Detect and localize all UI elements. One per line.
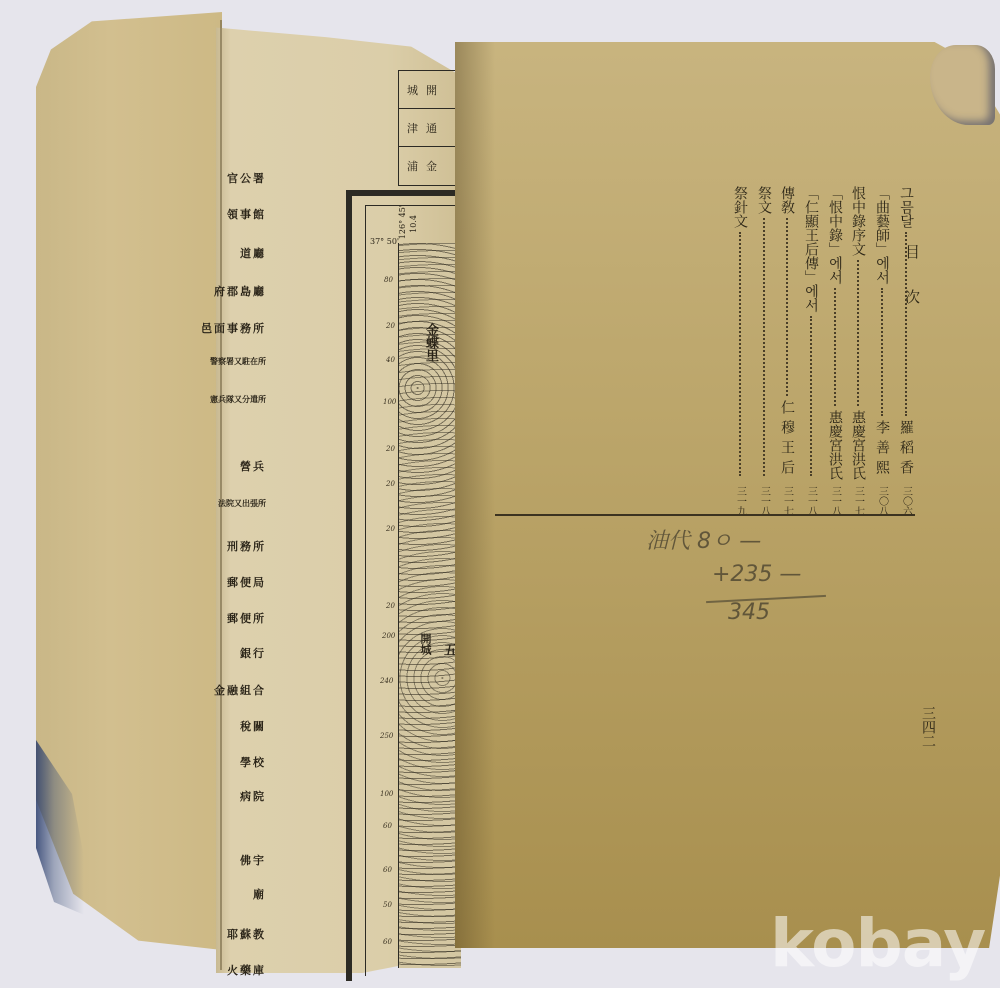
gutter-shadow (455, 42, 495, 948)
route-cell: 城 (407, 82, 418, 98)
toc-entry-author: 仁穆王后 (777, 400, 797, 480)
toc-entry-author: 李善熙 (872, 420, 892, 480)
elevation-label: 50 (383, 901, 392, 909)
leader-dots (881, 288, 883, 416)
page-number: 三四二 (918, 706, 938, 748)
legend-item: 官公署 (227, 170, 266, 186)
toc-entry-title: 「曲藝師」에서 (872, 186, 892, 284)
route-cell: 開 (426, 82, 437, 98)
legend-item: 刑務所 (227, 538, 266, 554)
toc-entry-author: 羅稻香 (896, 420, 916, 480)
toc-entry: 祭針文 三一九 (731, 186, 749, 516)
legend-item: 領事館 (227, 206, 266, 222)
leader-dots (810, 316, 812, 476)
legend-item: 邑面事務所 (201, 320, 266, 336)
map-legend: 官公署 領事館 道廳 府郡島廳 邑面事務所 警察署又駐在所 憲兵隊又分遣所 營兵… (218, 170, 266, 988)
toc-entry-page: 三一八 (804, 486, 819, 516)
toc-entry: 그믐달 羅稻香 三〇六 (897, 186, 915, 516)
pencil-note-line3: 345 (728, 600, 770, 625)
elevation-label: 60 (383, 938, 392, 946)
toc-entry: 「仁顯王后傳」에서 三一八 (802, 186, 820, 516)
elevation-label: 20 (386, 525, 395, 533)
toc-entry-page: 三一七 (780, 486, 795, 516)
elevation-label: 60 (383, 866, 392, 874)
route-row: 浦 金 (399, 147, 461, 184)
legend-item: 金融組合 (214, 682, 266, 698)
elevation-label: 240 (380, 677, 393, 685)
toc-entry-title: 祭針文 (730, 186, 750, 228)
toc-entry: 祭文 三一八 (755, 186, 773, 516)
toc-page (455, 42, 1000, 948)
toc-entry: 恨中錄序文 惠慶宮洪氏 三一七 (849, 186, 867, 516)
legend-item: 郵便局 (227, 574, 266, 590)
elevation-label: 100 (380, 790, 393, 798)
leader-dots (857, 260, 859, 406)
elevation-label: 20 (386, 480, 395, 488)
legend-item: 銀行 (240, 645, 266, 661)
leader-dots (905, 232, 907, 416)
legend-item: 營兵 (240, 458, 266, 474)
map-place-name: 開城 (417, 633, 433, 655)
toc-entry-page: 三一八 (757, 486, 772, 516)
toc-entry-page: 三一七 (851, 486, 866, 516)
leader-dots (739, 232, 741, 476)
topographic-map: 金蝶里 開城 五 (398, 243, 461, 968)
route-cell: 浦 (407, 158, 418, 174)
toc-entry-title: 祭文 (754, 186, 774, 214)
legend-item: 府郡島廳 (214, 283, 266, 299)
legend-item: 佛宇 (240, 852, 266, 868)
legend-item: 憲兵隊又分遣所 (210, 394, 266, 405)
pencil-note-line1: 油代 8ㅇ — (646, 524, 761, 555)
legend-item: 火藥庫 (227, 962, 266, 978)
toc-entry: 「曲藝師」에서 李善熙 三〇八 (873, 186, 891, 516)
legend-item: 病院 (240, 788, 266, 804)
elevation-label: 100 (383, 398, 396, 406)
toc-entry-page: 三〇六 (899, 486, 914, 516)
toc-entry-title: 恨中錄序文 (848, 186, 868, 256)
legend-item: 廟 (253, 886, 266, 902)
toc-entry-title: 「仁顯王后傳」에서 (801, 186, 821, 312)
pencil-note-line2: +235 — (712, 562, 801, 587)
route-row: 城 開 (399, 71, 461, 109)
legend-item: 道廳 (240, 245, 266, 261)
toc-entry-author: 惠慶宮洪氏 (848, 410, 868, 480)
legend-item: 警察署又駐在所 (210, 356, 266, 367)
leader-dots (763, 218, 765, 476)
route-table: 城 開 津 通 浦 金 (398, 70, 461, 186)
route-cell: 通 (426, 120, 437, 136)
toc-entry-title: 「恨中錄」에서 (825, 186, 845, 284)
toc-entry-author: 惠慶宮洪氏 (825, 410, 845, 480)
elevation-label: 80 (384, 276, 393, 284)
toc-entry: 「恨中錄」에서 惠慶宮洪氏 三一八 (826, 186, 844, 516)
leader-dots (834, 288, 836, 406)
map-place-name: 金蝶里 (421, 323, 440, 362)
route-cell: 金 (426, 158, 437, 174)
watermark-logo: kobay (770, 905, 985, 982)
legend-item: 法院又出張所 (218, 498, 266, 509)
coordinate-sub-label: 10.4 (409, 215, 418, 233)
latitude-label: 37° 50' (370, 237, 399, 246)
elevation-label: 20 (386, 445, 395, 453)
elevation-label: 40 (386, 356, 395, 364)
toc-entry-title: 그믐달 (896, 186, 916, 228)
legend-item: 郵便所 (227, 610, 266, 626)
elevation-label: 60 (383, 822, 392, 830)
elevation-label: 250 (380, 732, 393, 740)
elevation-label: 20 (386, 322, 395, 330)
toc-entry-title: 傳敎 (777, 186, 797, 214)
toc-entry: 傳敎 仁穆王后 三一七 (778, 186, 796, 516)
leader-dots (786, 218, 788, 396)
toc-entry-page: 三〇八 (875, 486, 890, 516)
elevation-label: 20 (386, 602, 395, 610)
legend-item: 學校 (240, 754, 266, 770)
legend-item: 耶蘇教 (227, 926, 266, 942)
section-rule (495, 514, 915, 516)
route-cell: 津 (407, 120, 418, 136)
longitude-label: 126° 45' (398, 205, 407, 239)
toc-entry-page: 三一八 (828, 486, 843, 516)
toc-entry-page: 三一九 (733, 486, 748, 516)
route-row: 津 通 (399, 109, 461, 147)
legend-item: 稅關 (240, 718, 266, 734)
